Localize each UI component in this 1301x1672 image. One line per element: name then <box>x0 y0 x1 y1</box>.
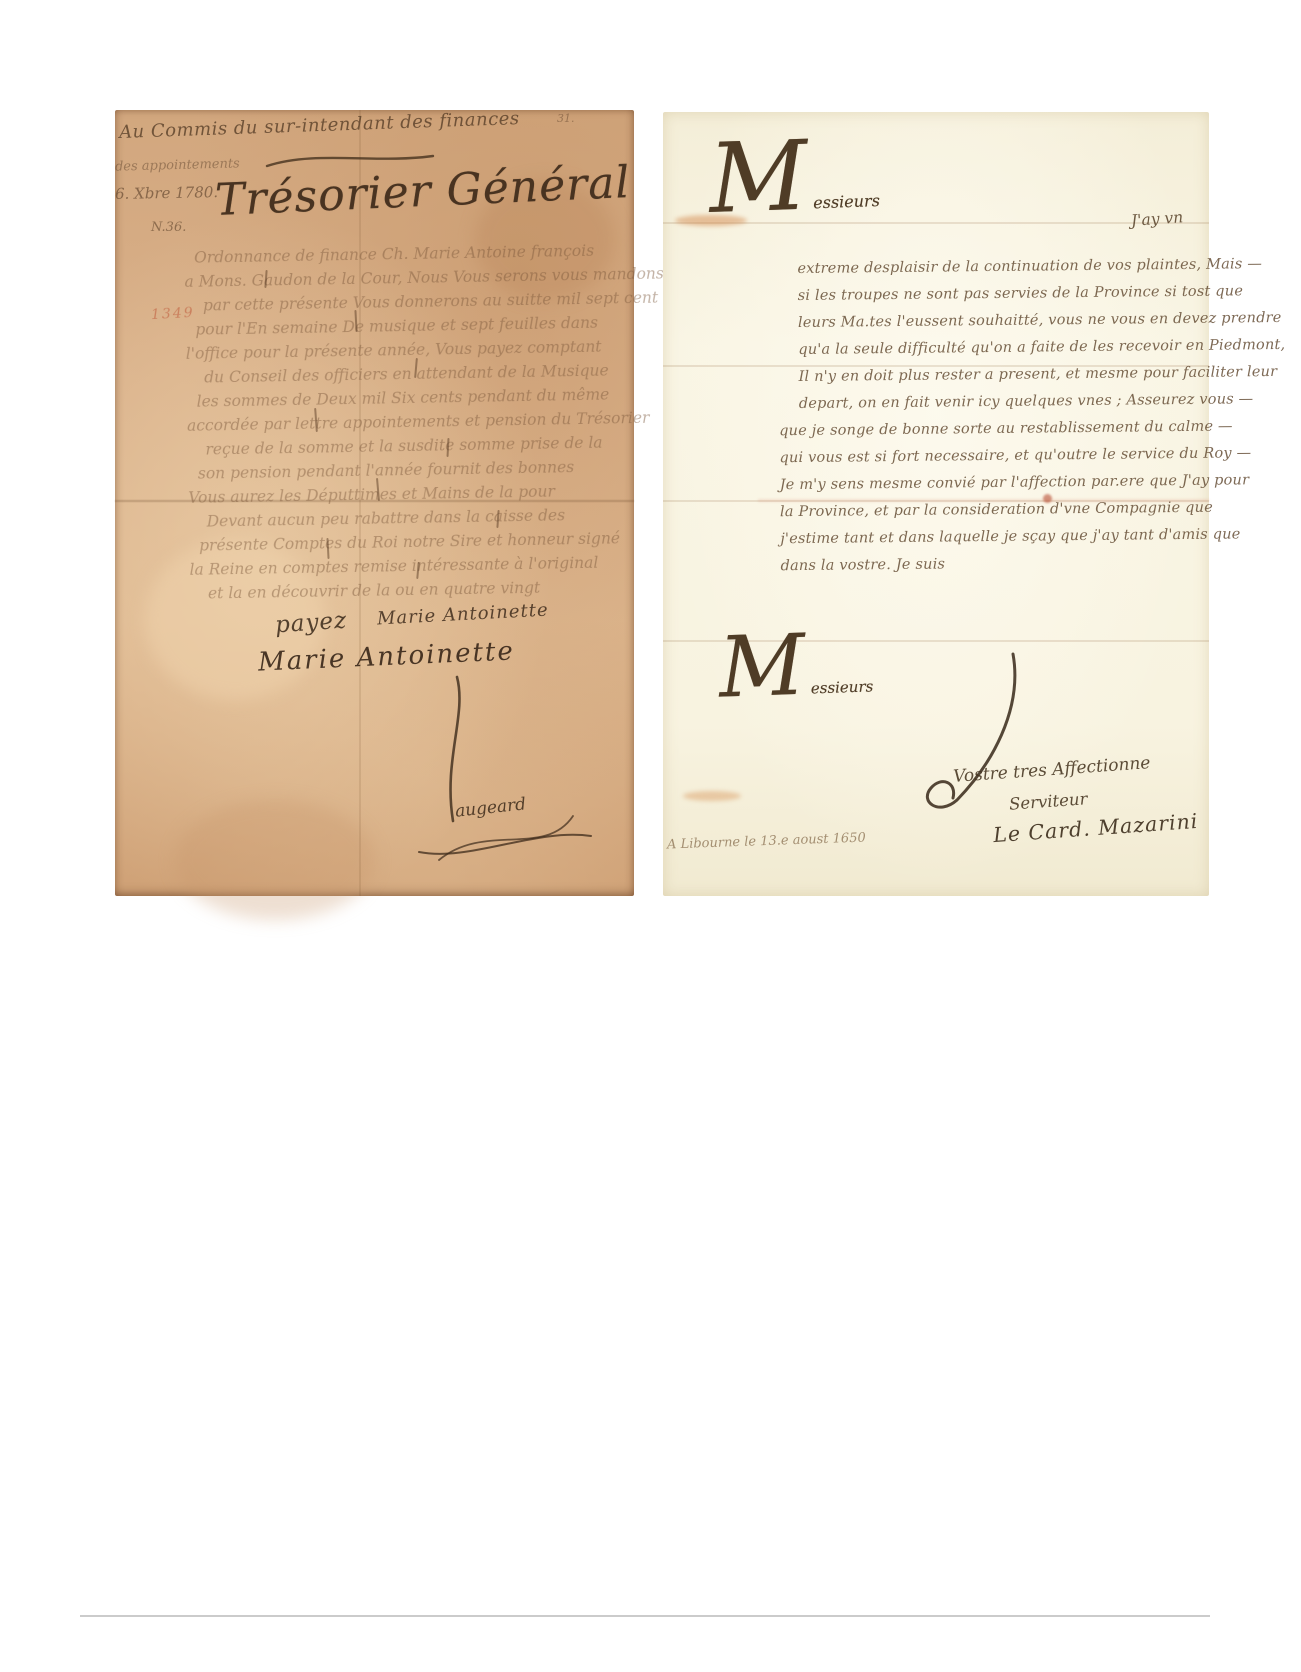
body-line: si les troupes ne sont pas servies de la… <box>798 279 1198 310</box>
closing-salutation-messieurs: Messieurs <box>718 629 874 702</box>
countersignature-flourish <box>415 810 595 865</box>
body-line: leurs Ma.tes l'eussent souhaitté, vous n… <box>798 306 1198 337</box>
header-date: 6. Xbre 1780. <box>115 183 218 203</box>
rust-stain <box>683 791 741 801</box>
header-annotation: des appointements <box>115 156 240 174</box>
left-manuscript-marie-antoinette: 31. Au Commis du sur-intendant des finan… <box>115 110 634 896</box>
letter-body-text: extreme desplaisir de la continuation de… <box>777 252 1200 580</box>
scanned-page: 31. Au Commis du sur-intendant des finan… <box>0 0 1301 1672</box>
body-line: qu'a la seule difficulté qu'on a faite d… <box>798 333 1198 364</box>
header-number: N.36. <box>151 220 186 235</box>
body-line: j'estime tant et dans laquelle je sçay q… <box>780 522 1200 553</box>
body-line: Il n'y en doit plus rester a present, et… <box>798 360 1198 391</box>
valediction-line-2: Serviteur <box>1008 789 1088 813</box>
body-line: depart, on en fait venir icy quelques vn… <box>799 387 1199 418</box>
body-line: extreme desplaisir de la continuation de… <box>797 252 1197 283</box>
salutation-messieurs: Messieurs <box>708 135 881 218</box>
paper-blotch <box>175 800 375 920</box>
faded-body-text: Ordonnance de finance Ch. Marie Antoine … <box>182 238 633 606</box>
right-manuscript-mazarin-letter: Messieurs J'ay vn extreme desplaisir de … <box>663 112 1209 896</box>
payez-instruction: payez <box>274 608 348 639</box>
footer-divider-line <box>80 1615 1210 1617</box>
body-line: dans la vostre. Je suis <box>780 549 1200 580</box>
corner-mark: 31. <box>557 112 575 125</box>
header-line: Au Commis du sur-intendant des finances <box>119 108 520 143</box>
marie-antoinette-inline-signature: Marie Antoinette <box>377 600 550 630</box>
dateline: A Libourne le 13.e aoust 1650 <box>667 831 866 853</box>
red-ink-annotation: 1349 <box>151 305 195 323</box>
opening-words: J'ay vn <box>1130 208 1183 230</box>
